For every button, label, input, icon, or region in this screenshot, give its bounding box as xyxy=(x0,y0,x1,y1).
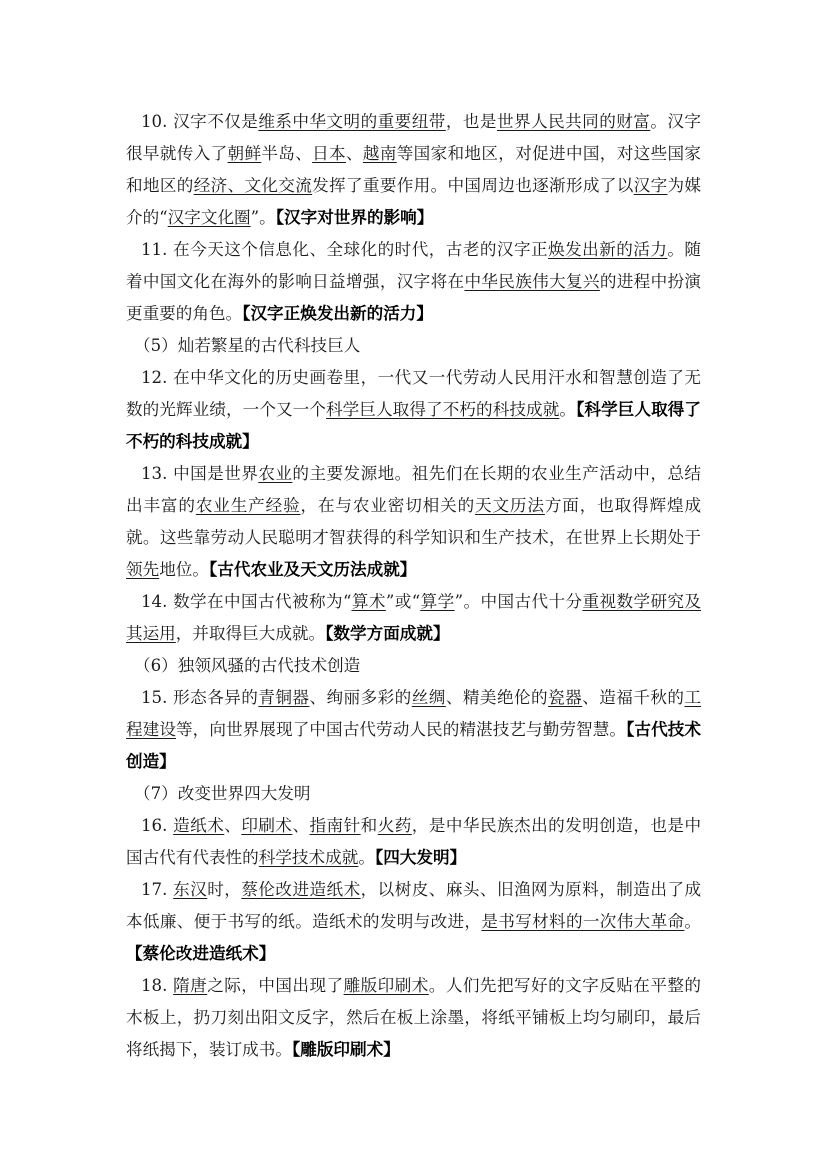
topic-tag: 【古代农业及天文历法成就】 xyxy=(209,560,416,579)
text-run: 之际，中国出现了 xyxy=(207,976,343,995)
key-phrase: 算学 xyxy=(420,592,454,611)
key-phrase: 维系中华文明的重要纽带 xyxy=(258,112,445,131)
key-phrase: 农业生产经验 xyxy=(196,496,301,515)
section-heading: （7）改变世界四大发明 xyxy=(126,778,701,810)
key-phrase: 科学技术成就 xyxy=(259,848,359,867)
text-run: 16. xyxy=(141,816,173,835)
key-phrase: 瓷器 xyxy=(548,688,582,707)
text-run: （7）改变世界四大发明 xyxy=(134,784,311,803)
key-phrase: 朝鲜 xyxy=(228,144,262,163)
key-phrase: 青铜器 xyxy=(258,688,309,707)
text-run: 地位。 xyxy=(159,560,209,579)
text-run: 10. 汉字不仅是 xyxy=(141,112,258,131)
text-run: 。 xyxy=(684,912,701,931)
key-phrase: 印刷术 xyxy=(241,816,292,835)
text-run: 、精美绝伦的 xyxy=(446,688,548,707)
topic-tag: 【雕版印刷术】 xyxy=(292,1040,400,1059)
text-run: 18. xyxy=(141,976,173,995)
key-phrase: 世界人民共同的财富 xyxy=(497,112,650,131)
numbered-paragraph: 14. 数学在中国古代被称为“算术”或“算学”。中国古代十分重视数学研究及其运用… xyxy=(126,586,701,650)
key-phrase: 蔡伦改进造纸术 xyxy=(241,880,360,899)
key-phrase: 隋唐 xyxy=(173,976,207,995)
numbered-paragraph: 11. 在今天这个信息化、全球化的时代，古老的汉字正焕发出新的活力。随着中国文化… xyxy=(126,234,701,330)
text-run: ”或“ xyxy=(386,592,420,611)
key-phrase: 造纸术 xyxy=(173,816,224,835)
section-heading: （5）灿若繁星的古代科技巨人 xyxy=(126,330,701,362)
text-run: 14. 数学在中国古代被称为“ xyxy=(141,592,351,611)
text-run: 、 xyxy=(292,816,309,835)
key-phrase: 丝绸 xyxy=(412,688,446,707)
numbered-paragraph: 12. 在中华文化的历史画卷里，一代又一代劳动人民用汗水和智慧创造了无数的光辉业… xyxy=(126,362,701,458)
section-heading: （6）独领风骚的古代技术创造 xyxy=(126,650,701,682)
numbered-paragraph: 15. 形态各异的青铜器、绚丽多彩的丝绸、精美绝伦的瓷器、造福千秋的工程建设等，… xyxy=(126,682,701,778)
text-run: 、绚丽多彩的 xyxy=(309,688,411,707)
key-phrase: 领先 xyxy=(126,560,159,579)
key-phrase: 农业 xyxy=(258,464,292,483)
key-phrase: 中华民族伟大复兴 xyxy=(464,272,599,291)
topic-tag: 【蔡伦改进造纸术】 xyxy=(126,944,275,963)
key-phrase: 日本 xyxy=(312,144,346,163)
text-run: 时， xyxy=(207,880,241,899)
text-run: 15. 形态各异的 xyxy=(141,688,258,707)
key-phrase: 是书写材料的一次伟大革命 xyxy=(481,912,684,931)
key-phrase: 指南针 xyxy=(310,816,361,835)
topic-tag: 【汉字对世界的影响】 xyxy=(276,208,434,227)
key-phrase: 火药 xyxy=(378,816,412,835)
text-run: 、 xyxy=(224,816,241,835)
text-run: ，也是 xyxy=(446,112,497,131)
text-run: ”。中国古代十分 xyxy=(455,592,583,611)
key-phrase: 东汉 xyxy=(173,880,207,899)
text-run: 13. 中国是世界 xyxy=(141,464,258,483)
numbered-paragraph: 17. 东汉时，蔡伦改进造纸术，以树皮、麻头、旧渔网为原料，制造出了成本低廉、便… xyxy=(126,874,701,970)
key-phrase: 科学巨人取得了不朽的科技成就 xyxy=(326,400,559,419)
key-phrase: 汉字 xyxy=(634,176,668,195)
topic-tag: 【汉字正焕发出新的活力】 xyxy=(242,304,433,323)
key-phrase: 天文历法 xyxy=(475,496,545,515)
key-phrase: 算术 xyxy=(351,592,385,611)
text-run: ”。 xyxy=(251,208,276,227)
text-run: 。 xyxy=(358,848,375,867)
text-run: ，并取得巨大成就。 xyxy=(176,624,325,643)
text-run: 17. xyxy=(141,880,173,899)
key-phrase: 焕发出新的活力 xyxy=(548,240,667,259)
text-run: 发挥了重要作用。中国周边也逐渐形成了以 xyxy=(312,176,634,195)
text-run: 半岛、 xyxy=(261,144,312,163)
numbered-paragraph: 10. 汉字不仅是维系中华文明的重要纽带，也是世界人民共同的财富。汉字很早就传入… xyxy=(126,106,701,234)
text-run: （6）独领风骚的古代技术创造 xyxy=(134,656,360,675)
document-page: 10. 汉字不仅是维系中华文明的重要纽带，也是世界人民共同的财富。汉字很早就传入… xyxy=(126,106,701,1066)
text-run: 等，向世界展现了中国古代劳动人民的精湛技艺与勤劳智慧。 xyxy=(176,720,626,739)
key-phrase: 越南 xyxy=(363,144,397,163)
text-run: （5）灿若繁星的古代科技巨人 xyxy=(134,336,360,355)
text-run: 11. 在今天这个信息化、全球化的时代，古老的汉字正 xyxy=(141,240,548,259)
text-run: 。 xyxy=(559,400,576,419)
text-run: ，在与农业密切相关的 xyxy=(301,496,476,515)
key-phrase: 汉字文化圈 xyxy=(168,208,251,227)
numbered-paragraph: 18. 隋唐之际，中国出现了雕版印刷术。人们先把写好的文字反贴在平整的木板上，扔… xyxy=(126,970,701,1066)
numbered-paragraph: 16. 造纸术、印刷术、指南针和火药，是中华民族杰出的发明创造，也是中国古代有代… xyxy=(126,810,701,874)
text-run: 和 xyxy=(361,816,378,835)
key-phrase: 雕版印刷术 xyxy=(344,976,429,995)
text-run: 、造福千秋的 xyxy=(582,688,684,707)
numbered-paragraph: 13. 中国是世界农业的主要发源地。祖先们在长期的农业生产活动中，总结出丰富的农… xyxy=(126,458,701,586)
topic-tag: 【数学方面成就】 xyxy=(325,624,449,643)
topic-tag: 【四大发明】 xyxy=(375,848,466,867)
key-phrase: 经济、文化交流 xyxy=(194,176,312,195)
text-run: 、 xyxy=(346,144,363,163)
